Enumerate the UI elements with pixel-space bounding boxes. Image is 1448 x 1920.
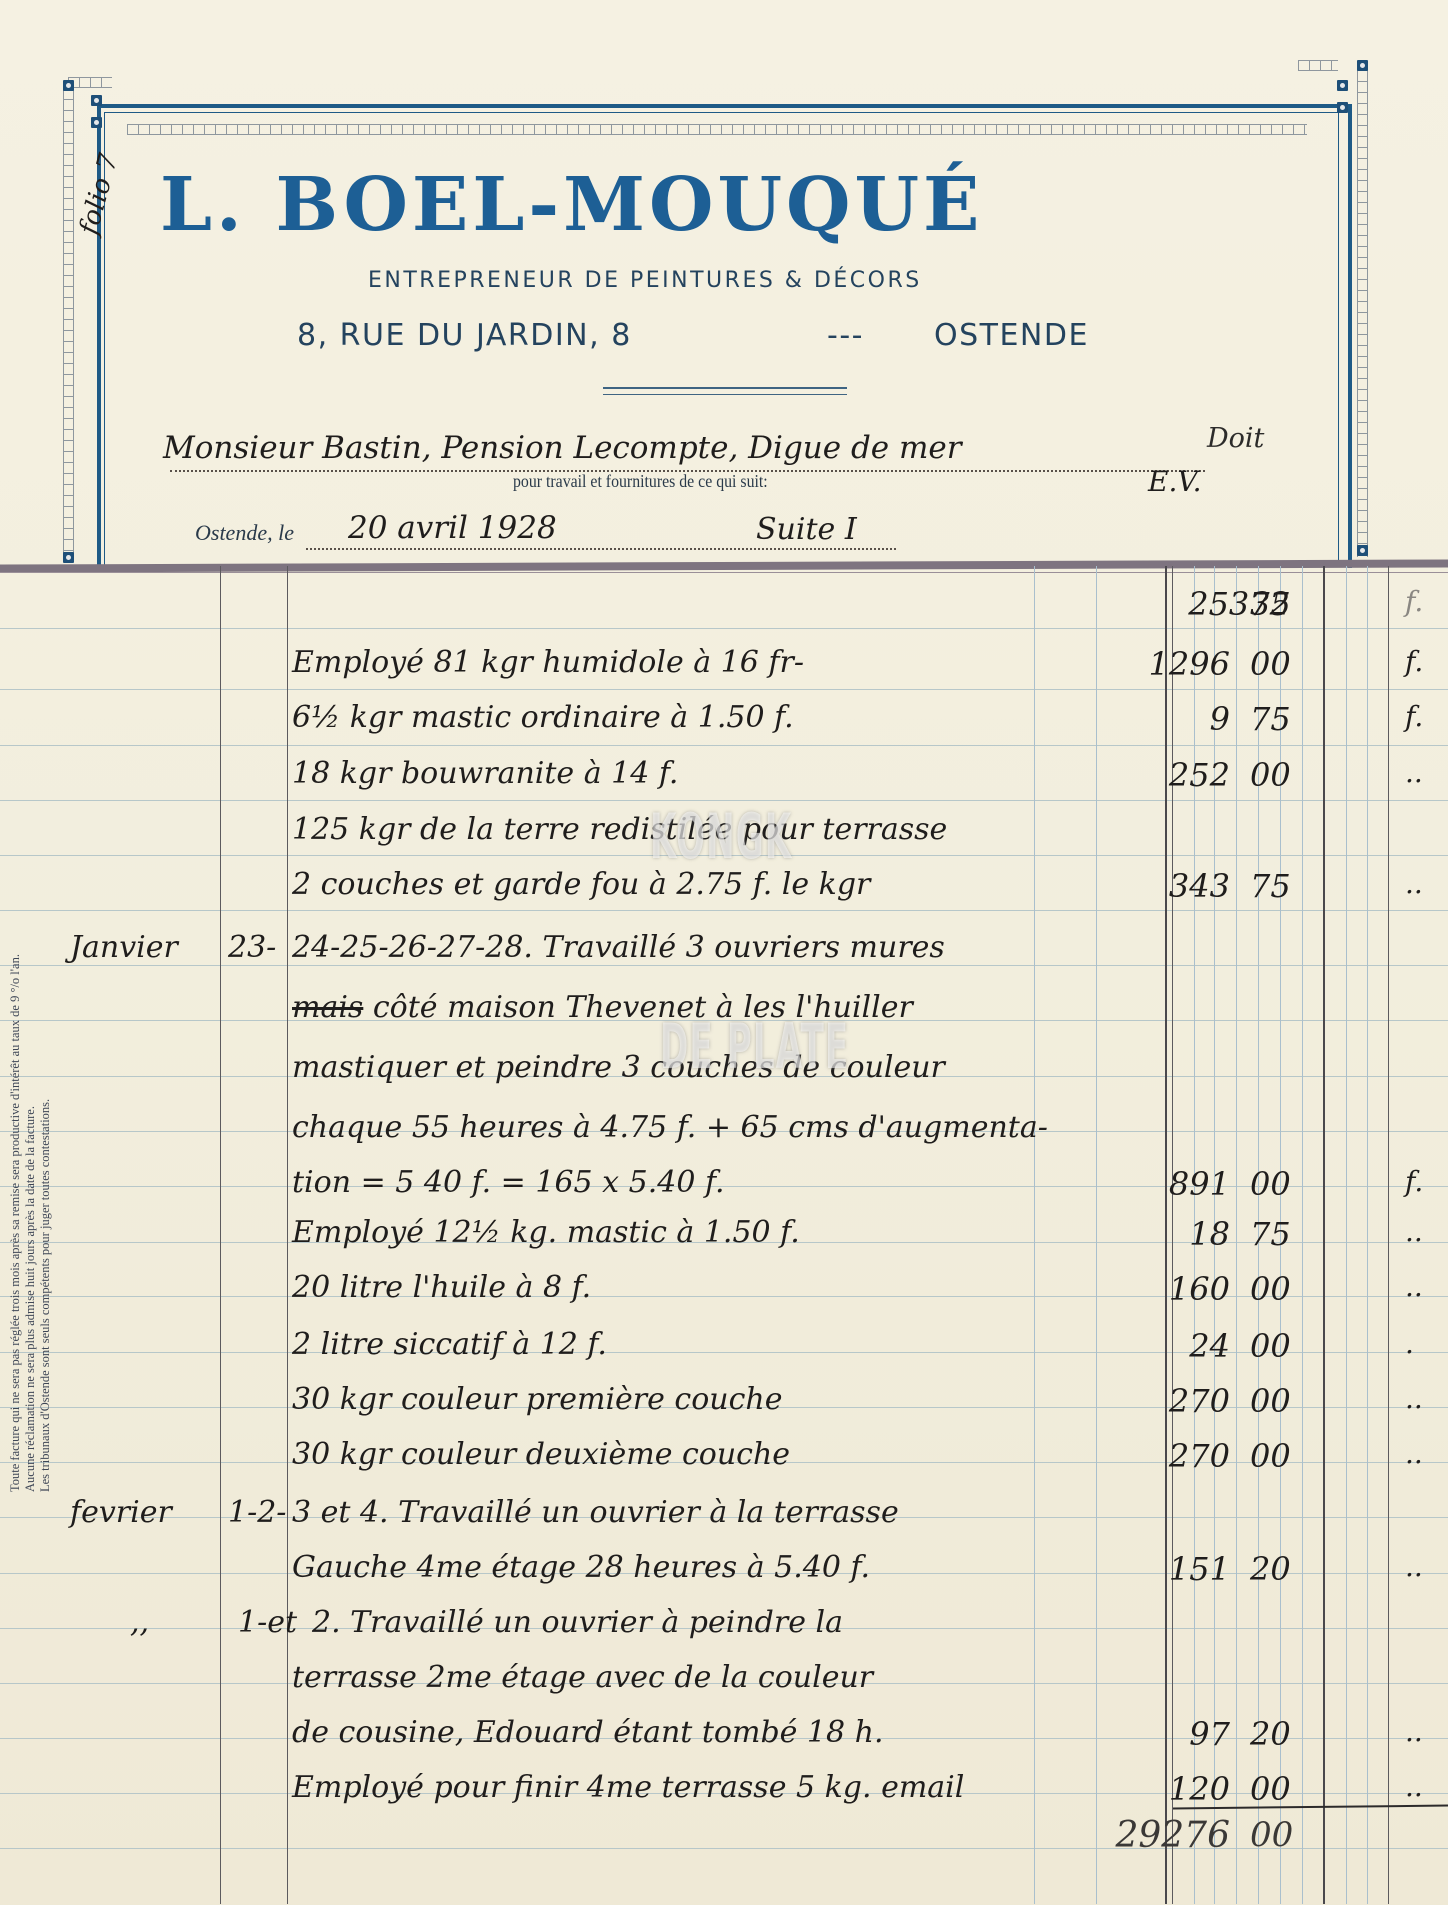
row-month: ,, [130,1605,149,1640]
row-mark: .. [1405,1715,1423,1748]
payment-terms-margin: Toute facture qui ne sera pas réglée tro… [8,592,53,1492]
addressee-name: Monsieur Bastin, Pension Lecompte, Digue… [163,430,962,466]
row-cents: 20 [1250,1715,1291,1753]
rosette-ornament-icon [91,95,102,106]
rosette-ornament-icon [1357,60,1368,71]
row-month: Janvier [70,930,178,965]
rosette-ornament-icon [1337,80,1348,91]
row-cents: 20 [1250,1550,1291,1588]
row-description: chaque 55 heures à 4.75 f. + 65 cms d'au… [292,1110,1048,1145]
row-francs: 270 [1000,1382,1230,1420]
date-dotted-line [306,548,896,550]
row-description: 2 litre siccatif à 12 f. [292,1327,607,1362]
row-mark: . [1405,1327,1414,1360]
greek-key-border [1298,60,1338,71]
address-separator: --- [827,318,864,353]
rosette-ornament-icon [63,552,74,563]
row-cents: 75 [1250,867,1291,905]
row-francs: 151 [1000,1550,1230,1588]
ledger-row: fevrier 1-2- 3 et 4. Travaillé un ouvrie… [0,1495,1448,1545]
row-cents: 00 [1250,1770,1291,1808]
row-mark: .. [1405,1215,1423,1248]
terms-line: Aucune réclamation ne sera plus admise h… [23,592,38,1492]
company-trade: ENTREPRENEUR DE PEINTURES & DÉCORS [368,268,922,293]
row-cents: 75 [1250,700,1291,738]
ledger-row: 2 litre siccatif à 12 f. 24 00 . [0,1327,1448,1377]
carried-forward-mark: f. [1405,585,1423,618]
date-prefix: Ostende, le [195,520,294,546]
ledger-row: 30 kgr couleur deuxième couche 270 00 .. [0,1437,1448,1487]
row-mark: f. [1405,700,1423,733]
row-description: 30 kgr couleur première couche [292,1382,783,1417]
row-description: 20 litre l'huile à 8 f. [292,1270,591,1305]
preamble-text: pour travail et fournitures de ce qui su… [513,471,768,492]
double-rule-divider [603,387,847,395]
company-name: L. BOEL-MOUQUÉ [160,162,1290,248]
greek-key-border [1357,70,1368,557]
row-mark: .. [1405,1550,1423,1583]
carried-forward-francs: 25372 [830,585,1290,623]
watermark-text: KONGK [650,800,792,873]
row-description: 30 kgr couleur deuxième couche [292,1437,790,1472]
row-cents: 00 [1250,1327,1291,1365]
ledger-row: chaque 55 heures à 4.75 f. + 65 cms d'au… [0,1110,1448,1160]
total-cents: 00 [1250,1815,1293,1855]
row-francs: 1296 [1000,645,1230,683]
suite-annotation: Suite I [756,512,857,547]
terms-line: Les tribunaux d'Ostende sont seuls compé… [38,592,53,1492]
row-description: tion = 5 40 f. = 165 x 5.40 f. [292,1165,725,1200]
row-month: fevrier [70,1495,172,1530]
ledger-row: tion = 5 40 f. = 165 x 5.40 f. 891 00 f. [0,1165,1448,1215]
row-mark: .. [1405,867,1423,900]
row-francs: 270 [1000,1437,1230,1475]
row-cents: 00 [1250,645,1291,683]
row-cents: 00 [1250,1437,1291,1475]
watermark-text: DE PLATE [660,1010,849,1083]
ledger-row: 20 litre l'huile à 8 f. 160 00 .. [0,1270,1448,1320]
row-description: terrasse 2me étage avec de la couleur [292,1660,873,1695]
row-francs: 891 [1000,1165,1230,1203]
greek-key-border [127,124,1307,135]
scan-edge [0,1905,1448,1920]
row-description: Gauche 4me étage 28 heures à 5.40 f. [292,1550,870,1585]
row-francs: 252 [1000,756,1230,794]
row-francs: 18 [1000,1215,1230,1253]
doit-label: Doit [1207,423,1264,454]
ledger-row: ,, 1-et 2. Travaillé un ouvrier à peindr… [0,1605,1448,1655]
rosette-ornament-icon [1357,545,1368,556]
row-mark: .. [1405,1437,1423,1470]
row-cents: 00 [1250,1382,1291,1420]
row-mark: .. [1405,756,1423,789]
ledger-row: 18 kgr bouwranite à 14 f. 252 00 .. [0,756,1448,806]
rosette-ornament-icon [63,80,74,91]
row-cents: 00 [1250,1270,1291,1308]
row-francs: 97 [1000,1715,1230,1753]
row-description: 24-25-26-27-28. Travaillé 3 ouvriers mur… [292,930,945,965]
ledger-row: 6½ kgr mastic ordinaire à 1.50 f. 9 75 f… [0,700,1448,750]
struck-word: mais [292,990,363,1025]
address-city: OSTENDE [934,318,1089,353]
ledger-row: Janvier 23- 24-25-26-27-28. Travaillé 3 … [0,930,1448,980]
invoice-sheet: L. BOEL-MOUQUÉ ENTREPRENEUR DE PEINTURES… [0,0,1448,1905]
total-francs: 29276 [1000,1815,1230,1856]
row-mark: .. [1405,1382,1423,1415]
row-francs: 120 [1000,1770,1230,1808]
row-cents: 75 [1250,1215,1291,1253]
row-mark: .. [1405,1770,1423,1803]
rosette-ornament-icon [91,117,102,128]
ledger-row: Gauche 4me étage 28 heures à 5.40 f. 151… [0,1550,1448,1600]
row-days: 23- [228,930,276,965]
row-mark: f. [1405,645,1423,678]
address-street: 8, RUE DU JARDIN, 8 [297,318,632,353]
row-francs: 9 [1000,700,1230,738]
row-cents: 00 [1250,756,1291,794]
row-description: de cousine, Edouard étant tombé 18 h. [292,1715,884,1750]
row-description: Employé pour finir 4me terrasse 5 kg. em… [292,1770,964,1805]
row-cents: 00 [1250,1165,1291,1203]
row-francs: 160 [1000,1270,1230,1308]
greek-key-border [68,77,112,88]
initials-annotation: E.V. [1148,465,1202,498]
row-description: 18 kgr bouwranite à 14 f. [292,756,678,791]
row-description: 125 kgr de la terre redistilée pour terr… [292,812,947,847]
ledger-ruling [0,1848,1448,1849]
ledger-row: Employé 12½ kg. mastic à 1.50 f. 18 75 .… [0,1215,1448,1265]
carried-forward-cents: 35 [1250,585,1291,623]
greek-key-border [63,88,74,558]
ledger-row: 30 kgr couleur première couche 270 00 .. [0,1382,1448,1432]
ledger-ruling [0,628,1448,629]
row-description: 6½ kgr mastic ordinaire à 1.50 f. [292,700,794,735]
invoice-date: 20 avril 1928 [348,510,557,546]
row-description: 3 et 4. Travaillé un ouvrier à la terras… [292,1495,899,1530]
ledger-row: de cousine, Edouard étant tombé 18 h. 97… [0,1715,1448,1765]
terms-line: Toute facture qui ne sera pas réglée tro… [8,592,23,1492]
row-mark: f. [1405,1165,1423,1198]
ledger-row: Employé 81 kgr humidole à 16 fr- 1296 00… [0,645,1448,695]
row-description: Employé 81 kgr humidole à 16 fr- [292,645,804,680]
row-days: 1-et [238,1605,297,1640]
row-description: Employé 12½ kg. mastic à 1.50 f. [292,1215,800,1250]
row-francs: 24 [1000,1327,1230,1365]
ledger-row: 2 couches et garde fou à 2.75 f. le kgr … [0,867,1448,917]
ledger-row: Employé pour finir 4me terrasse 5 kg. em… [0,1770,1448,1820]
row-francs: 343 [1000,867,1230,905]
ledger-row: terrasse 2me étage avec de la couleur [0,1660,1448,1710]
ledger-header-rule [0,572,1448,573]
row-description: 2. Travaillé un ouvrier à peindre la [312,1605,843,1640]
row-mark: .. [1405,1270,1423,1303]
row-days: 1-2- [228,1495,286,1530]
rosette-ornament-icon [1337,102,1348,113]
